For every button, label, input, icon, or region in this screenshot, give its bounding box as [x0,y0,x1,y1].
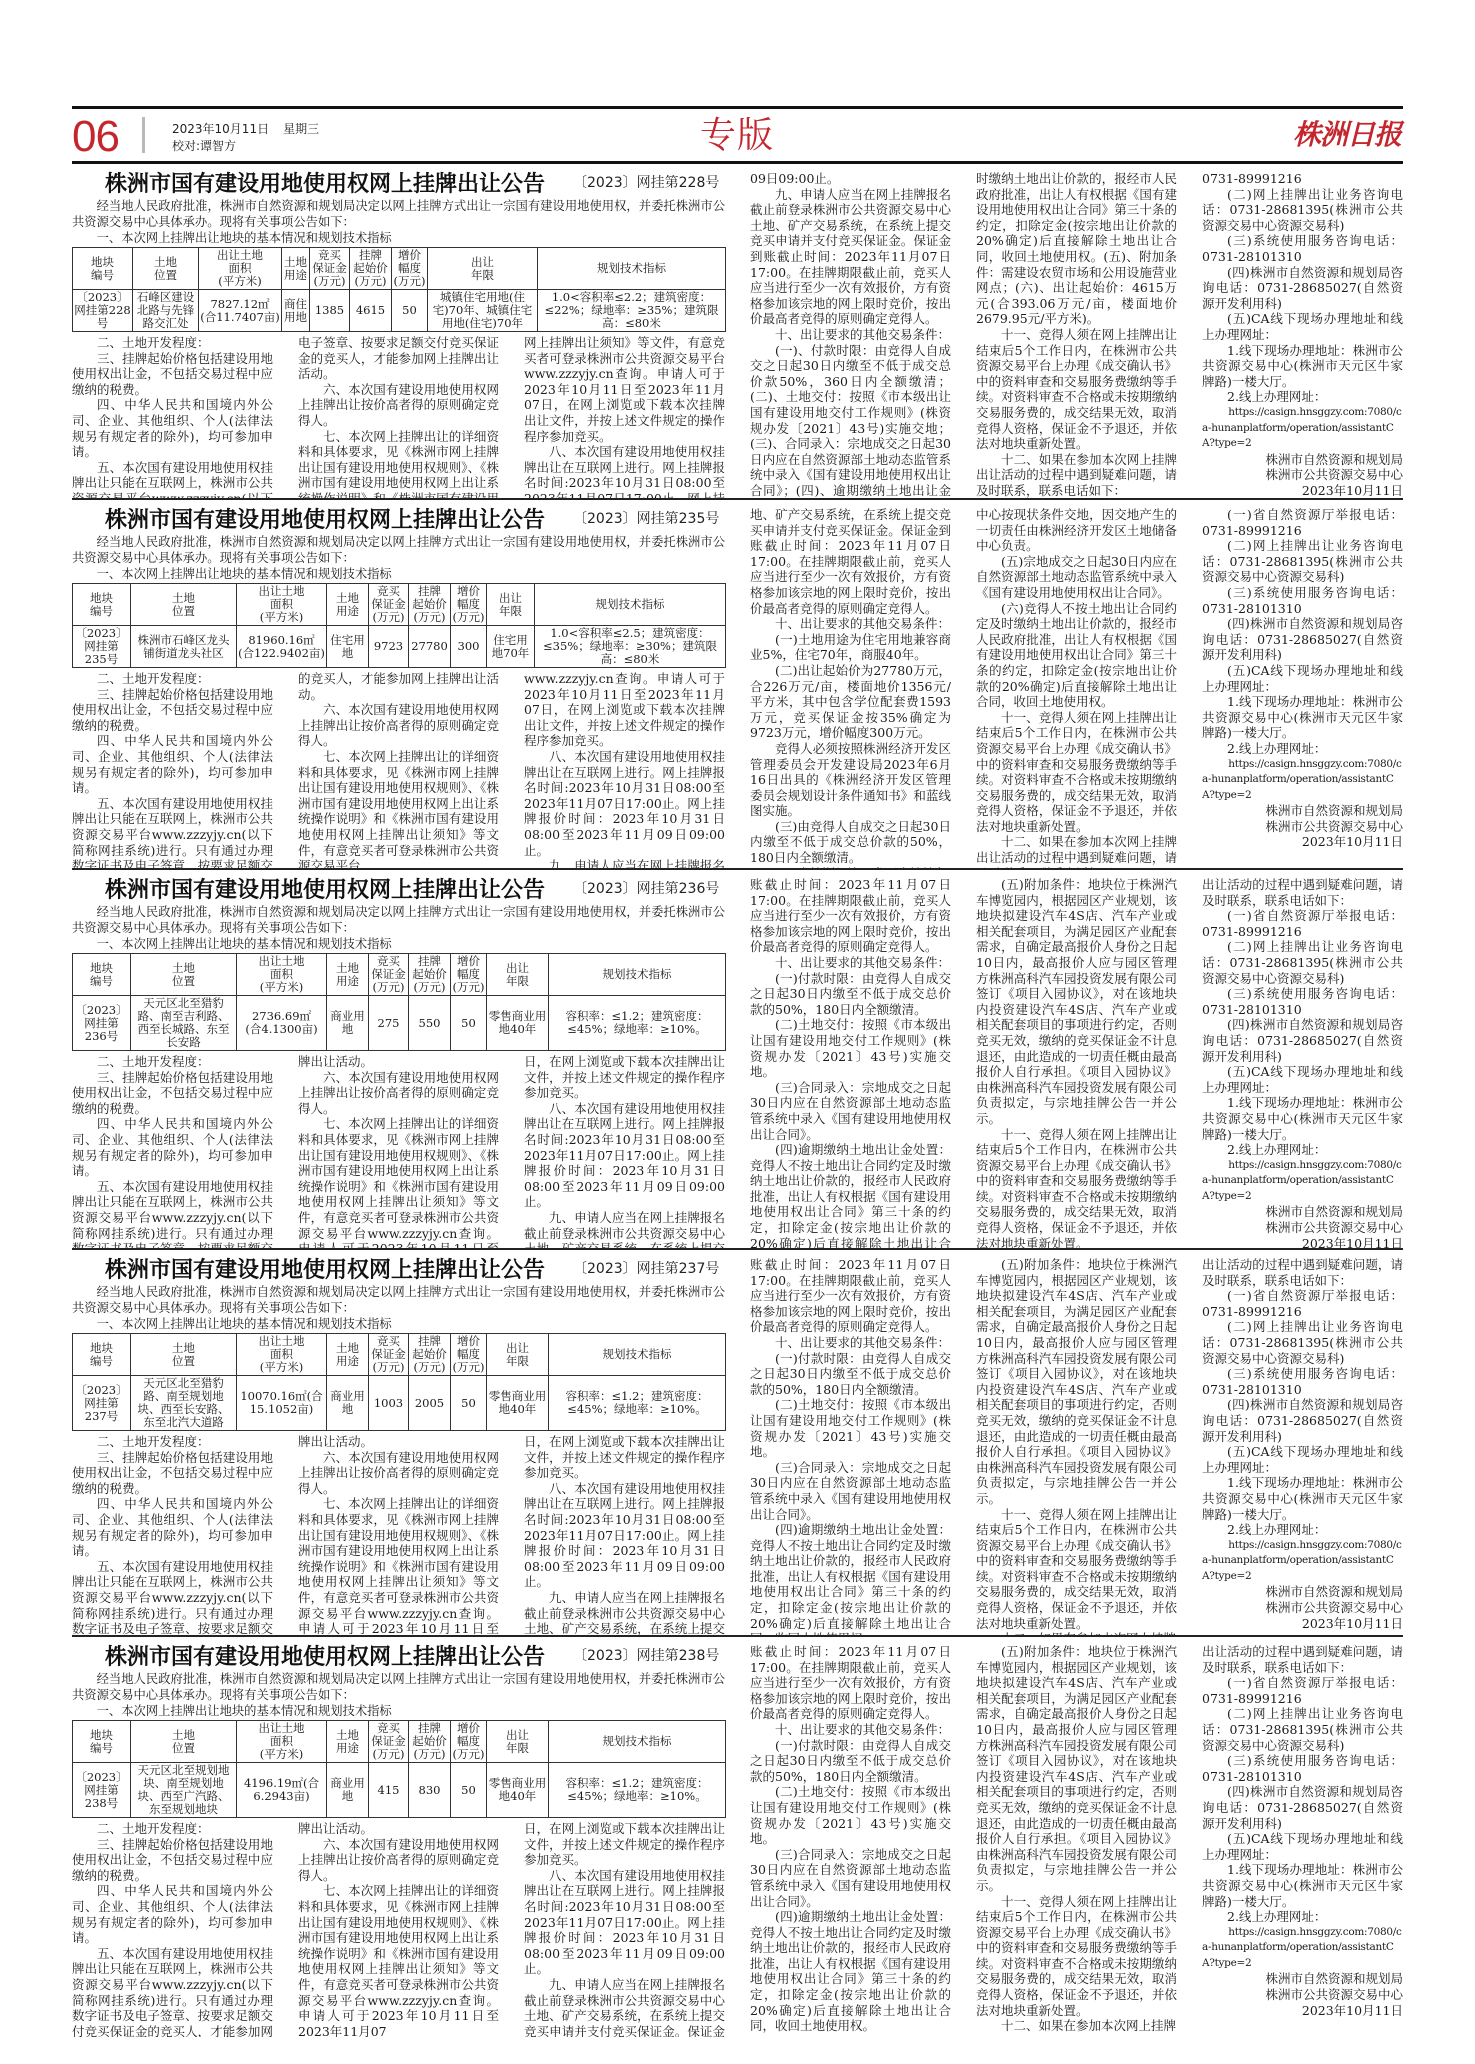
table-header-cell: 地块 编号 [73,1334,131,1376]
paragraph: (四)逾期缴纳土地出让金处置：竞得人不按土地出让合同约定及时缴纳土地出让价款的，… [750,1909,951,2034]
table-cell: 4615 [350,290,392,332]
text-column: 牌出让活动。六、本次国有建设用地使用权网上挂牌出让按价高者得的原则确定竞得人。七… [298,1821,499,2037]
plot-table: 地块 编号土地 位置出让土地 面积 (平方米)土地 用途竞买 保证金 (万元)挂… [72,247,726,332]
paragraph: 八、本次国有建设用地使用权挂牌出让在互联网上进行。网上挂牌报名时间:2023年1… [524,749,725,858]
paragraph: 十二、如果在参加本次网上挂牌 [976,2018,1177,2034]
table-cell: 商住用地 [282,290,310,332]
table-header-cell: 增价 幅度 (万元) [451,584,487,626]
text-column: 0731-89991216(二)网上挂牌出让业务咨询电话：0731-286813… [1202,171,1403,498]
announcement-left-block: 株洲市国有建设用地使用权网上挂牌出让公告 〔2023〕网挂第237号 经当地人民… [72,1250,725,1635]
paragraph: (三)合同录入：宗地成交之日起30日内应在自然资源部土地动态监管系统中录入《国有… [750,1460,951,1522]
newspaper-logo: 株洲日报 [1293,117,1401,153]
page-header: 06 2023年10月11日星期三 校对:谭智方 专版 株洲日报 [72,106,1403,164]
table-header-cell: 土地 位置 [131,954,237,996]
paragraph: 七、本次网上挂牌出让的详细资料和具体要求，见《株洲市网上挂牌出让国有建设用地使用… [298,429,499,498]
paragraph: (一)省自然资源厅举报电话：0731-89991216 [1202,908,1403,939]
text-column: 时缴纳土地出让价款的，报经市人民政府批准，出让人有权根据《国有建设用地使用权出让… [976,171,1177,498]
table-cell: 50 [451,1376,487,1431]
table-header-cell: 土地 位置 [131,1721,237,1763]
table-header-row: 地块 编号土地 位置出让土地 面积 (平方米)土地 用途竞买 保证金 (万元)挂… [73,1721,726,1763]
text-column: 二、土地开发程度：三、挂牌起始价格包括建设用地使用权出让金，不包括交易过程中应缴… [72,335,273,498]
paragraph: 2.线上办理网址： [1202,1909,1403,1925]
section-heading: 一、本次网上挂牌出让地块的基本情况和规划技术指标 [72,566,725,582]
announcement-title: 株洲市国有建设用地使用权网上挂牌出让公告 [105,167,545,198]
paragraph: (一)省自然资源厅举报电话：0731-89991216 [1202,1288,1403,1319]
paragraph: 三、挂牌起始价格包括建设用地使用权出让金，不包括交易过程中应缴纳的税费。 [72,687,273,734]
right-text-columns: 账截止时间：2023年11月07日17:00。在挂牌期限截止前，竞买人应当进行至… [750,1644,1403,2034]
paragraph: 九、申请人应当在网上挂牌报名截止前登录株洲市公共资源交易中心土地、矿产交易系统，… [524,1977,725,2037]
paragraph: 五、本次国有建设用地使用权挂牌出让只能在互联网上，株洲市公共资源交易平台www.… [72,796,273,868]
table-cell: 4196.19㎡(合6.2943亩) [237,1763,327,1818]
paragraph: 三、挂牌起始价格包括建设用地使用权出让金，不包括交易过程中应缴纳的税费。 [72,351,273,398]
left-text-columns: 二、土地开发程度：三、挂牌起始价格包括建设用地使用权出让金，不包括交易过程中应缴… [72,671,725,868]
paragraph: 十二、如果在参加本次网上挂牌出让活动的过程中遇到疑难问题，请及时联系，联系电话如… [976,834,1177,868]
table-cell: 〔2023〕网挂第237号 [73,1376,131,1431]
paragraph: (四)株洲市自然资源和规划局咨询电话：0731-28685027(自然资源开发利… [1202,1784,1403,1831]
table-cell: 商业用地 [327,996,369,1051]
intro-paragraph: 经当地人民政府批准，株洲市自然资源和规划局决定以网上挂牌方式出让一宗国有建设用地… [72,1284,725,1316]
table-header-cell: 土地 用途 [327,584,369,626]
paragraph: 十一、竞得人须在网上挂牌出让结束后5个工作日内，在株洲市公共资源交易平台上办理《… [976,327,1177,452]
text-column: 中心按现状条件交地，因交地产生的一切责任由株洲经济开发区土地储备中心负责。(五)… [976,507,1177,868]
paragraph: 三、挂牌起始价格包括建设用地使用权出让金，不包括交易过程中应缴纳的税费。 [72,1450,273,1497]
paragraph: 十、出让要求的其他交易条件： [750,955,951,971]
announcement-number: 〔2023〕网挂第236号 [573,878,719,898]
table-cell: 天元区北至猎豹路、南至吉利路、西至长城路、东至长安路 [131,996,237,1051]
table-header-cell: 土地 用途 [327,954,369,996]
paragraph: 株洲市公共资源交易中心 [1202,1220,1403,1236]
paragraph: 1.线下现场办理地址：株洲市公共资源交易中心(株洲市天元区牛家牌路)一楼大厅。 [1202,1862,1403,1909]
intro-paragraph: 经当地人民政府批准，株洲市自然资源和规划局决定以网上挂牌方式出让一宗国有建设用地… [72,534,725,566]
paragraph: 二、土地开发程度： [72,1434,273,1450]
table-header-cell: 出让 年限 [487,1334,549,1376]
text-column: (五)附加条件：地块位于株洲汽车博览园内，根据园区产业规划，该地块拟建设汽车4S… [976,877,1177,1248]
table-cell: 容积率：≤1.2；建筑密度：≤45%；绿地率：≥10%。 [549,996,726,1051]
plot-table-body: 〔2023〕网挂第228号石峰区建设北路与先锋路交汇处7827.12㎡ (合11… [73,290,726,332]
paragraph: https://casign.hnsggzy.com:7080/ca-hunan… [1202,757,1403,804]
table-cell: 零售商业用地40年 [487,1763,549,1818]
page-number: 06 [72,115,119,159]
paragraph: 九、申请人应当在网上挂牌报名截止前登录株洲市公共资源交易中心土地、矿产交易系统，… [524,1590,725,1635]
announcement-title: 株洲市国有建设用地使用权网上挂牌出让公告 [105,1640,545,1671]
paragraph: 六、本次国有建设用地使用权网上挂牌出让按价高者得的原则确定竞得人。 [298,702,499,749]
text-column: (五)附加条件：地块位于株洲汽车博览园内，根据园区产业规划，该地块拟建设汽车4S… [976,1644,1177,2034]
paragraph: 地、矿产交易系统，在系统上提交竞买申请并支付竞买保证金。保证金到账截止时间：20… [750,507,951,616]
table-cell: 2736.69㎡ (合4.1300亩) [237,996,327,1051]
table-cell: 零售商业用地40年 [487,1376,549,1431]
paragraph: (一)省自然资源厅举报电话：0731-89991216 [1202,1675,1403,1706]
table-cell: 275 [369,996,409,1051]
paragraph: (二)出让起始价为27780万元，合226万元/亩，楼面地价1356元/平方米，… [750,663,951,741]
paragraph: 七、本次网上挂牌出让的详细资料和具体要求，见《株洲市网上挂牌出让国有建设用地使用… [298,1116,499,1248]
table-cell: 81960.16㎡ (合122.9402亩) [237,626,327,668]
text-column: 日，在网上浏览或下载本次挂牌出让文件，并按上述文件规定的操作程序参加竞买。八、本… [524,1821,725,2037]
table-header-cell: 土地 位置 [131,584,237,626]
paragraph: 1.线下现场办理地址：株洲市公共资源交易中心(株洲市天元区牛家牌路)一楼大厅。 [1202,1475,1403,1522]
paragraph: (四)逾期缴纳土地出让金处置：竞得人不按土地出让合同约定及时缴纳土地出让价款的，… [750,1142,951,1248]
paragraph: 株洲市自然资源和规划局 [1202,452,1403,468]
paragraph: (五)附加条件：地块位于株洲汽车博览园内，根据园区产业规划，该地块拟建设汽车4S… [976,877,1177,1127]
text-column: 牌出让活动。六、本次国有建设用地使用权网上挂牌出让按价高者得的原则确定竞得人。七… [298,1434,499,1635]
section-heading: 一、本次网上挂牌出让地块的基本情况和规划技术指标 [72,936,725,952]
paragraph: 电子签章、按要求足额交付竞买保证金的竞买人，才能参加网上挂牌出让活动。 [298,335,499,382]
paragraph: (一)付款时限：由竞得人自成交之日起30日内缴至不低于成交总价款的50%，180… [750,971,951,1018]
paragraph: (四)株洲市自然资源和规划局咨询电话：0731-28685027(自然资源开发利… [1202,1017,1403,1064]
section-heading: 一、本次网上挂牌出让地块的基本情况和规划技术指标 [72,230,725,246]
paragraph: (五)附加条件：地块位于株洲汽车博览园内，根据园区产业规划，该地块拟建设汽车4S… [976,1644,1177,1894]
paragraph: (二)网上挂牌出让业务咨询电话：0731-28681395(株洲市公共资源交易中… [1202,187,1403,234]
left-text-columns: 二、土地开发程度：三、挂牌起始价格包括建设用地使用权出让金，不包括交易过程中应缴… [72,1054,725,1248]
table-cell: 零售商业用地40年 [487,996,549,1051]
table-cell: 住宅用地 [327,626,369,668]
paragraph: 2023年10月11日 [1202,483,1403,498]
newspaper-page: 06 2023年10月11日星期三 校对:谭智方 专版 株洲日报 株洲市国有建设… [0,0,1475,2064]
paragraph: (一)、付款时限：由竞得人自成交之日起30日内缴至不低于成交总价款50%，360… [750,343,951,498]
paragraph: (三)由竞得人自成交之日起30日内缴至不低于成交总价款的50%，180日内全额缴… [750,819,951,866]
paragraph: (四)株洲市自然资源和规划局咨询电话：0731-28685027(自然资源开发利… [1202,265,1403,312]
plot-table: 地块 编号土地 位置出让土地 面积 (平方米)土地 用途竞买 保证金 (万元)挂… [72,1333,726,1431]
plot-table-head: 地块 编号土地 位置出让土地 面积 (平方米)土地 用途竞买 保证金 (万元)挂… [73,1334,726,1376]
plot-table-head: 地块 编号土地 位置出让土地 面积 (平方米)土地 用途竞买 保证金 (万元)挂… [73,1721,726,1763]
left-text-columns: 二、土地开发程度：三、挂牌起始价格包括建设用地使用权出让金，不包括交易过程中应缴… [72,335,725,498]
text-column: 出让活动的过程中遇到疑难问题，请及时联系，联系电话如下：(一)省自然资源厅举报电… [1202,1644,1403,2034]
paragraph: 十一、竞得人须在网上挂牌出让结束后5个工作日内，在株洲市公共资源交易平台上办理《… [976,1894,1177,2019]
paragraph: https://casign.hnsggzy.com:7080/ca-hunan… [1202,1925,1403,1972]
paragraph: 0731-89991216 [1202,171,1403,187]
text-column: 二、土地开发程度：三、挂牌起始价格包括建设用地使用权出让金，不包括交易过程中应缴… [72,1821,273,2037]
intro-paragraph: 经当地人民政府批准，株洲市自然资源和规划局决定以网上挂牌方式出让一宗国有建设用地… [72,198,725,230]
paragraph: 十、出让要求的其他交易条件： [750,327,951,343]
paragraph: 五、本次国有建设用地使用权挂牌出让只能在互联网上，株洲市公共资源交易平台www.… [72,1179,273,1248]
paragraph: 六、本次国有建设用地使用权网上挂牌出让按价高者得的原则确定竞得人。 [298,1070,499,1117]
table-header-cell: 出让土地 面积 (平方米) [237,954,327,996]
section-heading: 一、本次网上挂牌出让地块的基本情况和规划技术指标 [72,1316,725,1332]
table-header-cell: 规划技术指标 [549,954,726,996]
paragraph: 牌出让活动。 [298,1821,499,1837]
paragraph: 的竞买人，才能参加网上挂牌出让活动。 [298,671,499,702]
paragraph: 株洲市自然资源和规划局 [1202,1584,1403,1600]
table-header-cell: 规划技术指标 [549,1721,726,1763]
text-column: 电子签章、按要求足额交付竞买保证金的竞买人，才能参加网上挂牌出让活动。六、本次国… [298,335,499,498]
paragraph: 株洲市公共资源交易中心 [1202,467,1403,483]
paragraph: 五、本次国有建设用地使用权挂牌出让只能在互联网上，株洲市公共资源交易平台www.… [72,1946,273,2037]
paragraph: (三)合同录入：宗地成交之日起30日内应在自然资源部土地动态监管系统中录入《国有… [750,1847,951,1909]
table-row: 〔2023〕网挂第237号天元区北至猎豹路、南至规划地块、西至长安路、东至北汽大… [73,1376,726,1431]
announcement: 株洲市国有建设用地使用权网上挂牌出让公告 〔2023〕网挂第237号 经当地人民… [72,1248,1403,1635]
paragraph: (三)系统使用服务咨询电话：0731-28101310 [1202,1753,1403,1784]
text-column: 09日09:00止。九、申请人应当在网上挂牌报名截止前登录株洲市公共资源交易中心… [750,171,951,498]
paragraph: (五)附加条件：地块位于株洲汽车博览园内，根据园区产业规划，该地块拟建设汽车4S… [976,1257,1177,1507]
paragraph: (五)CA线下现场办理地址和线上办理网址： [1202,311,1403,342]
table-header-cell: 出让 年限 [428,248,538,290]
table-header-cell: 竞买 保证金 (万元) [369,1334,409,1376]
table-header-cell: 规划技术指标 [535,584,726,626]
paragraph: 中心按现状条件交地，因交地产生的一切责任由株洲经济开发区土地储备中心负责。 [976,507,1177,554]
table-header-cell: 竞买 保证金 (万元) [310,248,350,290]
table-cell: 〔2023〕网挂第228号 [73,290,133,332]
paragraph: 十、出让要求的其他交易条件： [750,1722,951,1738]
announcement: 株洲市国有建设用地使用权网上挂牌出让公告 〔2023〕网挂第238号 经当地人民… [72,1635,1403,2037]
table-cell: 〔2023〕网挂第236号 [73,996,131,1051]
paragraph: 十一、竞得人须在网上挂牌出让结束后5个工作日内，在株洲市公共资源交易平台上办理《… [976,710,1177,835]
paragraph: (二)土地交付：按照《市本级出让国有建设用地交付工作规则》(株资规办发〔2021… [750,1784,951,1846]
paragraph: 2.线上办理网址： [1202,389,1403,405]
left-text-columns: 二、土地开发程度：三、挂牌起始价格包括建设用地使用权出让金，不包括交易过程中应缴… [72,1821,725,2037]
paragraph: 株洲市自然资源和规划局 [1202,803,1403,819]
paragraph: 四、中华人民共和国境内外公司、企业、其他组织、个人(法律法规另有规定者的除外)，… [72,733,273,795]
paragraph: 2023年10月11日 [1202,2003,1403,2019]
table-header-cell: 土地 用途 [282,248,310,290]
announcement-number: 〔2023〕网挂第235号 [573,508,719,528]
right-text-columns: 地、矿产交易系统，在系统上提交竞买申请并支付竞买保证金。保证金到账截止时间：20… [750,507,1403,868]
table-cell: 1.0<容积率≤2.2；建筑密度：≤22%；绿地率：≥35%；建筑限高：≤80米 [538,290,726,332]
paragraph: 七、本次网上挂牌出让的详细资料和具体要求，见《株洲市网上挂牌出让国有建设用地使用… [298,749,499,868]
right-text-columns: 账截止时间：2023年11月07日17:00。在挂牌期限截止前，竞买人应当进行至… [750,877,1403,1248]
intro-paragraph: 经当地人民政府批准，株洲市自然资源和规划局决定以网上挂牌方式出让一宗国有建设用地… [72,1671,725,1703]
paragraph: 1.线下现场办理地址：株洲市公共资源交易中心(株洲市天元区牛家牌路)一楼大厅。 [1202,343,1403,390]
paragraph: 四、中华人民共和国境内外公司、企业、其他组织、个人(法律法规另有规定者的除外)，… [72,1496,273,1558]
table-header-cell: 土地 用途 [327,1721,369,1763]
paragraph: 出让活动的过程中遇到疑难问题，请及时联系，联系电话如下： [1202,1644,1403,1675]
table-header-cell: 地块 编号 [73,248,133,290]
paragraph: 二、土地开发程度： [72,1821,273,1837]
table-header-cell: 增价 幅度 (万元) [451,954,487,996]
announcement-title: 株洲市国有建设用地使用权网上挂牌出让公告 [105,1253,545,1284]
paragraph: 十、出让要求的其他交易条件： [750,616,951,632]
announcement: 株洲市国有建设用地使用权网上挂牌出让公告 〔2023〕网挂第236号 经当地人民… [72,868,1403,1248]
table-header-cell: 地块 编号 [73,1721,131,1763]
table-cell: 1003 [369,1376,409,1431]
paragraph: 株洲市公共资源交易中心 [1202,1600,1403,1616]
paragraph: 日，在网上浏览或下载本次挂牌出让文件，并按上述文件规定的操作程序参加竞买。 [524,1434,725,1481]
paragraph: (二)网上挂牌出让业务咨询电话：0731-28681395(株洲市公共资源交易中… [1202,1319,1403,1366]
paragraph: (三)合同录入：宗地成交之日起30日内应在自然资源部土地动态监管系统中录入《国有… [750,1080,951,1142]
paragraph: 株洲市公共资源交易中心 [1202,1987,1403,2003]
paragraph: 2.线上办理网址： [1202,1522,1403,1538]
paragraph: 六、本次国有建设用地使用权网上挂牌出让按价高者得的原则确定竞得人。 [298,1450,499,1497]
paragraph: (五)CA线下现场办理地址和线上办理网址： [1202,1831,1403,1862]
issue-date-line: 2023年10月11日星期三 [172,121,319,138]
text-column: 的竞买人，才能参加网上挂牌出让活动。六、本次国有建设用地使用权网上挂牌出让按价高… [298,671,499,868]
paragraph: (四)株洲市自然资源和规划局咨询电话：0731-28685027(自然资源开发利… [1202,1397,1403,1444]
plot-table-head: 地块 编号土地 位置出让土地 面积 (平方米)土地 用途竞买 保证金 (万元)挂… [73,584,726,626]
text-column: 二、土地开发程度：三、挂牌起始价格包括建设用地使用权出让金，不包括交易过程中应缴… [72,671,273,868]
table-header-cell: 增价 幅度 (万元) [392,248,428,290]
issue-date: 2023年10月11日 [172,122,269,136]
table-cell: 天元区北至猎豹路、南至规划地块、西至长安路、东至北汽大道路 [131,1376,237,1431]
right-text-columns: 账截止时间：2023年11月07日17:00。在挂牌期限截止前，竞买人应当进行至… [750,1257,1403,1635]
table-cell: 50 [451,1763,487,1818]
paragraph: 四、中华人民共和国境内外公司、企业、其他组织、个人(法律法规另有规定者的除外)，… [72,1116,273,1178]
table-header-cell: 出让 年限 [487,584,535,626]
paragraph: 网上挂牌出让须知》等文件，有意竞买者可登录株洲市公共资源交易平台www.zzzy… [524,335,725,444]
paragraph: 八、本次国有建设用地使用权挂牌出让在互联网上进行。网上挂牌报名时间:2023年1… [524,444,725,498]
text-column: 日，在网上浏览或下载本次挂牌出让文件，并按上述文件规定的操作程序参加竞买。八、本… [524,1434,725,1635]
title-row: 株洲市国有建设用地使用权网上挂牌出让公告 〔2023〕网挂第236号 [72,874,725,902]
paragraph: (二)土地交付：按照《市本级出让国有建设用地交付工作规则》(株资规办发〔2021… [750,1397,951,1459]
table-header-cell: 规划技术指标 [538,248,726,290]
paragraph: 九、申请人应当在网上挂牌报名截止前登录株洲市公共资源交易中心土 [524,858,725,868]
table-cell: 商业用地 [327,1376,369,1431]
text-column: 地、矿产交易系统，在系统上提交竞买申请并支付竞买保证金。保证金到账截止时间：20… [750,507,951,868]
announcement-title: 株洲市国有建设用地使用权网上挂牌出让公告 [105,503,545,534]
paragraph: 1.线下现场办理地址：株洲市公共资源交易中心(株洲市天元区牛家牌路)一楼大厅。 [1202,694,1403,741]
paragraph: 牌出让活动。 [298,1434,499,1450]
table-header-cell: 出让土地 面积 (平方米) [199,248,282,290]
table-header-cell: 土地 位置 [131,1334,237,1376]
paragraph: 2023年10月11日 [1202,1616,1403,1632]
paragraph: 2023年10月11日 [1202,1236,1403,1248]
table-header-cell: 规划技术指标 [549,1334,726,1376]
header-divider [142,117,145,153]
paragraph: (二)网上挂牌出让业务咨询电话：0731-28681395(株洲市公共资源交易中… [1202,1706,1403,1753]
right-text-columns: 09日09:00止。九、申请人应当在网上挂牌报名截止前登录株洲市公共资源交易中心… [750,171,1403,498]
table-cell: 27780 [409,626,451,668]
paragraph: https://casign.hnsggzy.com:7080/ca-hunan… [1202,405,1403,452]
paragraph: 七、本次网上挂牌出让的详细资料和具体要求，见《株洲市网上挂牌出让国有建设用地使用… [298,1883,499,2037]
text-column: 出让活动的过程中遇到疑难问题，请及时联系，联系电话如下：(一)省自然资源厅举报电… [1202,877,1403,1248]
paragraph: 株洲市自然资源和规划局 [1202,1971,1403,1987]
announcement: 株洲市国有建设用地使用权网上挂牌出让公告 〔2023〕网挂第235号 经当地人民… [72,498,1403,868]
paragraph: https://casign.hnsggzy.com:7080/ca-hunan… [1202,1538,1403,1585]
announcement-left-block: 株洲市国有建设用地使用权网上挂牌出让公告 〔2023〕网挂第235号 经当地人民… [72,500,725,868]
table-cell: 300 [451,626,487,668]
paragraph: 六、本次国有建设用地使用权网上挂牌出让按价高者得的原则确定竞得人。 [298,382,499,429]
table-header-row: 地块 编号土地 位置出让土地 面积 (平方米)土地 用途竞买 保证金 (万元)挂… [73,1334,726,1376]
table-cell: 550 [409,996,451,1051]
paragraph: 八、本次国有建设用地使用权挂牌出让在互联网上进行。网上挂牌报名时间:2023年1… [524,1868,725,1977]
paragraph: (三)系统使用服务咨询电话：0731-28101310 [1202,233,1403,264]
paragraph: 09日09:00止。 [750,171,951,187]
paragraph: 日，在网上浏览或下载本次挂牌出让文件，并按上述文件规定的操作程序参加竞买。 [524,1054,725,1101]
table-header-cell: 地块 编号 [73,584,131,626]
paragraph: 三、挂牌起始价格包括建设用地使用权出让金，不包括交易过程中应缴纳的税费。 [72,1070,273,1117]
proofreader: 校对:谭智方 [172,138,319,155]
table-cell: 1385 [310,290,350,332]
table-header-cell: 土地 位置 [133,248,199,290]
paragraph: 账截止时间：2023年11月07日17:00。在挂牌期限截止前，竞买人应当进行至… [750,877,951,955]
table-header-cell: 挂牌 起始价 (万元) [409,584,451,626]
intro-paragraph: 经当地人民政府批准，株洲市自然资源和规划局决定以网上挂牌方式出让一宗国有建设用地… [72,904,725,936]
paragraph: 九、申请人应当在网上挂牌报名截止前登录株洲市公共资源交易中心土地、矿产交易系统，… [750,187,951,327]
table-cell: 830 [409,1763,451,1818]
paragraph: (一)付款时限：由竞得人自成交之日起30日内缴至不低于成交总价款的50%，180… [750,1738,951,1785]
paragraph: 六、本次国有建设用地使用权网上挂牌出让按价高者得的原则确定竞得人。 [298,1837,499,1884]
table-header-cell: 出让土地 面积 (平方米) [237,1721,327,1763]
text-column: www.zzzyjy.cn查询。申请人可于2023年10月11日至2023年11… [524,671,725,868]
paragraph: 日，在网上浏览或下载本次挂牌出让文件，并按上述文件规定的操作程序参加竞买。 [524,1821,725,1868]
plot-table: 地块 编号土地 位置出让土地 面积 (平方米)土地 用途竞买 保证金 (万元)挂… [72,1720,726,1818]
paragraph: (三)系统使用服务咨询电话：0731-28101310 [1202,1366,1403,1397]
announcement: 株洲市国有建设用地使用权网上挂牌出让公告 〔2023〕网挂第228号 经当地人民… [72,164,1403,498]
table-cell: 50 [451,996,487,1051]
title-row: 株洲市国有建设用地使用权网上挂牌出让公告 〔2023〕网挂第237号 [72,1254,725,1282]
table-header-cell: 挂牌 起始价 (万元) [350,248,392,290]
table-header-cell: 土地 用途 [327,1334,369,1376]
paragraph: 五、本次国有建设用地使用权挂牌出让只能在互联网上，株洲市公共资源交易平台www.… [72,460,273,498]
table-cell: 容积率：≤1.2；建筑密度：≤45%；绿地率：≥10%。 [549,1376,726,1431]
paragraph: 时缴纳土地出让价款的，报经市人民政府批准，出让人有权根据《国有建设用地使用权出让… [976,171,1177,327]
issue-meta: 2023年10月11日星期三 校对:谭智方 [172,121,319,155]
paragraph: www.zzzyjy.cn查询。申请人可于2023年10月11日至2023年11… [524,671,725,749]
paragraph: 十二、如果在参加本次网上挂牌出让活动的过程中遇到疑难问题，请及时联系，联系电话如… [976,452,1177,498]
text-column: 二、土地开发程度：三、挂牌起始价格包括建设用地使用权出让金，不包括交易过程中应缴… [72,1434,273,1635]
announcement-left-block: 株洲市国有建设用地使用权网上挂牌出让公告 〔2023〕网挂第236号 经当地人民… [72,870,725,1248]
plot-table-body: 〔2023〕网挂第235号株洲市石峰区龙头铺街道龙头社区81960.16㎡ (合… [73,626,726,668]
plot-table: 地块 编号土地 位置出让土地 面积 (平方米)土地 用途竞买 保证金 (万元)挂… [72,953,726,1051]
table-cell: 1.0<容积率≤2.5；建筑密度：≤35%；绿地率：≥30%；建筑限高：≤80米 [535,626,726,668]
plot-table-body: 〔2023〕网挂第238号天元区北至规划地块、南至规划地块、西至广汽路、东至规划… [73,1763,726,1818]
table-cell: 容积率：≤1.2；建筑密度：≤45%；绿地率：≥10%。 [549,1763,726,1818]
paragraph: 十一、竞得人须在网上挂牌出让结束后5个工作日内，在株洲市公共资源交易平台上办理《… [976,1507,1177,1632]
table-row: 〔2023〕网挂第238号天元区北至规划地块、南至规划地块、西至广汽路、东至规划… [73,1763,726,1818]
table-row: 〔2023〕网挂第235号株洲市石峰区龙头铺街道龙头社区81960.16㎡ (合… [73,626,726,668]
table-cell: 〔2023〕网挂第238号 [73,1763,131,1818]
table-cell: 天元区北至规划地块、南至规划地块、西至广汽路、东至规划地块 [131,1763,237,1818]
text-column: 账截止时间：2023年11月07日17:00。在挂牌期限截止前，竞买人应当进行至… [750,1644,951,2034]
announcement-left-block: 株洲市国有建设用地使用权网上挂牌出让公告 〔2023〕网挂第228号 经当地人民… [72,164,725,498]
table-header-row: 地块 编号土地 位置出让土地 面积 (平方米)土地 用途竞买 保证金 (万元)挂… [73,248,726,290]
title-row: 株洲市国有建设用地使用权网上挂牌出让公告 〔2023〕网挂第238号 [72,1641,725,1669]
table-cell: 〔2023〕网挂第235号 [73,626,131,668]
table-cell: 株洲市石峰区龙头铺街道龙头社区 [131,626,237,668]
paragraph: 2.线上办理网址： [1202,741,1403,757]
title-row: 株洲市国有建设用地使用权网上挂牌出让公告 〔2023〕网挂第235号 [72,504,725,532]
text-column: 网上挂牌出让须知》等文件，有意竞买者可登录株洲市公共资源交易平台www.zzzy… [524,335,725,498]
table-cell: 415 [369,1763,409,1818]
paragraph: (五)宗地成交之日起30日内应在自然资源部土地动态监管系统中录入《国有建设用地使… [976,554,1177,601]
table-cell: 9723 [369,626,409,668]
paragraph: (二)网上挂牌出让业务咨询电话：0731-28681395(株洲市公共资源交易中… [1202,939,1403,986]
table-header-cell: 挂牌 起始价 (万元) [409,954,451,996]
paragraph: (二)土地交付：按照《市本级出让国有建设用地交付工作规则》(株资规办发〔2021… [750,1017,951,1079]
table-header-cell: 竞买 保证金 (万元) [369,954,409,996]
paragraph: https://casign.hnsggzy.com:7080/ca-hunan… [1202,1158,1403,1205]
paragraph: 五、本次国有建设用地使用权挂牌出让只能在互联网上，株洲市公共资源交易平台www.… [72,1559,273,1635]
paragraph: (四)株洲市自然资源和规划局咨询电话：0731-28685027(自然资源开发利… [1202,616,1403,663]
table-header-cell: 出让土地 面积 (平方米) [237,584,327,626]
plot-table-head: 地块 编号土地 位置出让土地 面积 (平方米)土地 用途竞买 保证金 (万元)挂… [73,248,726,290]
paragraph: 四、中华人民共和国境内外公司、企业、其他组织、个人(法律法规另有规定者的除外)，… [72,1883,273,1945]
paragraph: 七、本次网上挂牌出让的详细资料和具体要求，见《株洲市网上挂牌出让国有建设用地使用… [298,1496,499,1635]
section-heading: 一、本次网上挂牌出让地块的基本情况和规划技术指标 [72,1703,725,1719]
title-row: 株洲市国有建设用地使用权网上挂牌出让公告 〔2023〕网挂第228号 [72,168,725,196]
paragraph: 2.线上办理网址： [1202,1142,1403,1158]
text-column: 账截止时间：2023年11月07日17:00。在挂牌期限截止前，竞买人应当进行至… [750,877,951,1248]
announcement-number: 〔2023〕网挂第228号 [573,172,719,192]
paragraph: 竞得人必须按照株洲经济开发区管理委员会开发建设局2023年6月16日出具的《株洲… [750,741,951,819]
table-header-cell: 竞买 保证金 (万元) [369,584,409,626]
announcement-number: 〔2023〕网挂第237号 [573,1258,719,1278]
paragraph: (五)CA线下现场办理地址和线上办理网址： [1202,663,1403,694]
table-cell: 2005 [409,1376,451,1431]
paragraph: 账截止时间：2023年11月07日17:00。在挂牌期限截止前，竞买人应当进行至… [750,1257,951,1335]
table-cell: 10070.16㎡(合15.1052亩) [237,1376,327,1431]
table-header-row: 地块 编号土地 位置出让土地 面积 (平方米)土地 用途竞买 保证金 (万元)挂… [73,584,726,626]
paragraph: (四)逾期缴纳土地出让金处置：竞得人不按土地出让合同约定及时缴纳土地出让价款的，… [750,1522,951,1635]
announcement-left-block: 株洲市国有建设用地使用权网上挂牌出让公告 〔2023〕网挂第238号 经当地人民… [72,1637,725,2037]
paragraph: 出让活动的过程中遇到疑难问题，请及时联系，联系电话如下： [1202,877,1403,908]
table-cell: 50 [392,290,428,332]
announcement-number: 〔2023〕网挂第238号 [573,1645,719,1665]
paragraph: 九、申请人应当在网上挂牌报名截止前登录株洲市公共资源交易中心土地、矿产交易系统，… [524,1210,725,1248]
paragraph: 十一、竞得人须在网上挂牌出让结束后5个工作日内，在株洲市公共资源交易平台上办理《… [976,1127,1177,1249]
paragraph: (三)系统使用服务咨询电话：0731-28101310 [1202,585,1403,616]
text-column: 日，在网上浏览或下载本次挂牌出让文件，并按上述文件规定的操作程序参加竞买。八、本… [524,1054,725,1248]
paragraph: 八、本次国有建设用地使用权挂牌出让在互联网上进行。网上挂牌报名时间:2023年1… [524,1101,725,1210]
plot-table-head: 地块 编号土地 位置出让土地 面积 (平方米)土地 用途竞买 保证金 (万元)挂… [73,954,726,996]
paragraph: (一)付款时限：由竞得人自成交之日起30日内缴至不低于成交总价款的50%，180… [750,1351,951,1398]
